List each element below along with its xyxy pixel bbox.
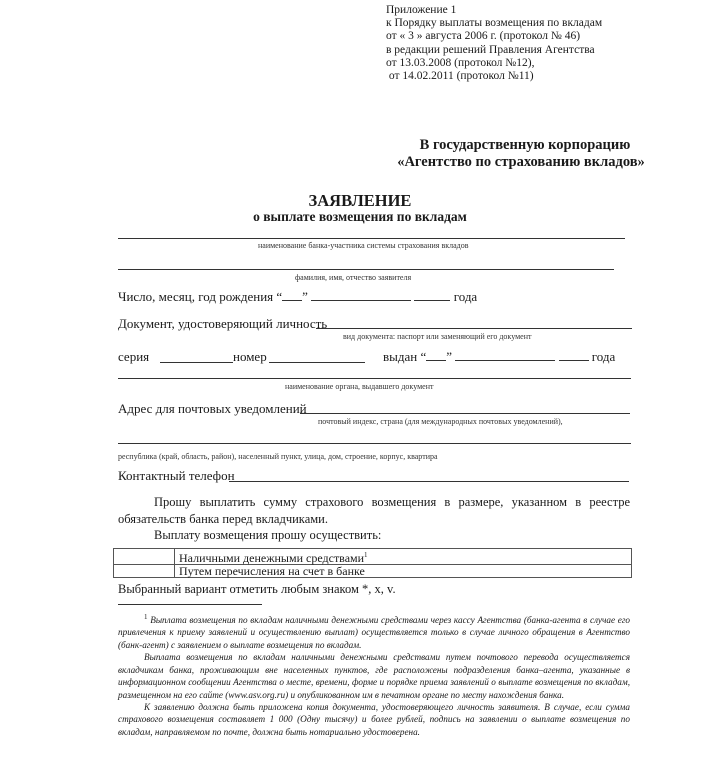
birth-month-field[interactable] xyxy=(311,290,411,301)
address-caption-1: почтовый индекс, страна (для международн… xyxy=(318,417,563,426)
appendix-line: Приложение 1 xyxy=(386,4,602,17)
series-label: серия xyxy=(118,349,149,365)
issued-day-field[interactable] xyxy=(426,350,446,361)
addressee-line2: «Агентство по страхованию вкладов» xyxy=(377,154,665,171)
request-text: Прошу выплатить сумму страхового возмеще… xyxy=(118,494,630,528)
fio-field[interactable] xyxy=(118,269,614,270)
footnote-item: Выплата возмещения по вкладам наличными … xyxy=(118,651,630,701)
issued-month-field[interactable] xyxy=(455,350,555,361)
footnote-item: 1 Выплата возмещения по вкладам наличным… xyxy=(118,611,630,651)
footnotes: 1 Выплата возмещения по вкладам наличным… xyxy=(118,611,630,738)
addressee: В государственную корпорацию «Агентство … xyxy=(385,137,665,171)
number-field[interactable] xyxy=(269,362,365,363)
issued-label: выдан xyxy=(383,349,417,364)
id-document-row: Документ, удостоверяющий личность xyxy=(118,316,327,332)
appendix-line: к Порядку выплаты возмещения по вкладам xyxy=(386,17,602,30)
address-field-line1[interactable] xyxy=(300,413,630,414)
appendix-line: в редакции решений Правления Агентства xyxy=(386,44,602,57)
id-document-caption: вид документа: паспорт или заменяющий ег… xyxy=(343,332,531,341)
id-document-label: Документ, удостоверяющий личность xyxy=(118,316,327,331)
payment-option-label: Наличными денежными средствами1 xyxy=(175,549,632,565)
footnote-ref: 1 xyxy=(364,551,368,559)
document-title: ЗАЯВЛЕНИЕ xyxy=(200,191,520,211)
address-field-line2[interactable] xyxy=(118,443,631,444)
payment-option-row: Наличными денежными средствами1 xyxy=(114,549,632,565)
id-document-field[interactable] xyxy=(316,328,632,329)
address-caption-2: республика (край, область, район), насел… xyxy=(118,452,438,461)
issuer-field[interactable] xyxy=(118,378,631,379)
birth-date-label: Число, месяц, год рождения xyxy=(118,289,273,304)
birth-year-field[interactable] xyxy=(414,290,450,301)
series-field[interactable] xyxy=(160,362,233,363)
appendix-line: от 14.02.2011 (протокол №11) xyxy=(386,70,602,83)
document-subtitle: о выплате возмещения по вкладам xyxy=(200,209,520,225)
phone-field[interactable] xyxy=(229,481,629,482)
bank-name-caption: наименование банка-участника системы стр… xyxy=(258,241,469,250)
birth-date-row: Число, месяц, год рождения “” года xyxy=(118,289,477,305)
number-label: номер xyxy=(233,349,267,365)
phone-label: Контактный телефон xyxy=(118,468,235,484)
fio-caption: фамилия, имя, отчество заявителя xyxy=(295,273,411,282)
mark-instruction: Выбранный вариант отметить любым знаком … xyxy=(118,582,396,597)
footnote-item: К заявлению должна быть приложена копия … xyxy=(118,701,630,738)
payment-option-checkbox-cash[interactable] xyxy=(114,549,175,565)
appendix-reference: Приложение 1 к Порядку выплаты возмещени… xyxy=(386,4,602,83)
issuer-caption: наименование органа, выдавшего документ xyxy=(285,382,433,391)
appendix-line: от « 3 » августа 2006 г. (протокол № 46) xyxy=(386,30,602,43)
payment-options-table: Наличными денежными средствами1 Путем пе… xyxy=(113,548,632,578)
payment-intro: Выплату возмещения прошу осуществить: xyxy=(154,528,381,543)
appendix-line: от 13.03.2008 (протокол №12), xyxy=(386,57,602,70)
address-label: Адрес для почтовых уведомлений xyxy=(118,401,307,417)
addressee-line1: В государственную корпорацию xyxy=(385,137,665,154)
issued-row: выдан “” года xyxy=(383,349,615,365)
bank-name-field[interactable] xyxy=(118,238,625,239)
payment-option-checkbox-transfer[interactable] xyxy=(114,565,175,578)
footnote-separator xyxy=(118,604,262,605)
issued-year-field[interactable] xyxy=(559,350,589,361)
payment-option-label: Путем перечисления на счет в банке xyxy=(175,565,632,578)
payment-option-row: Путем перечисления на счет в банке xyxy=(114,565,632,578)
birth-day-field[interactable] xyxy=(282,290,302,301)
